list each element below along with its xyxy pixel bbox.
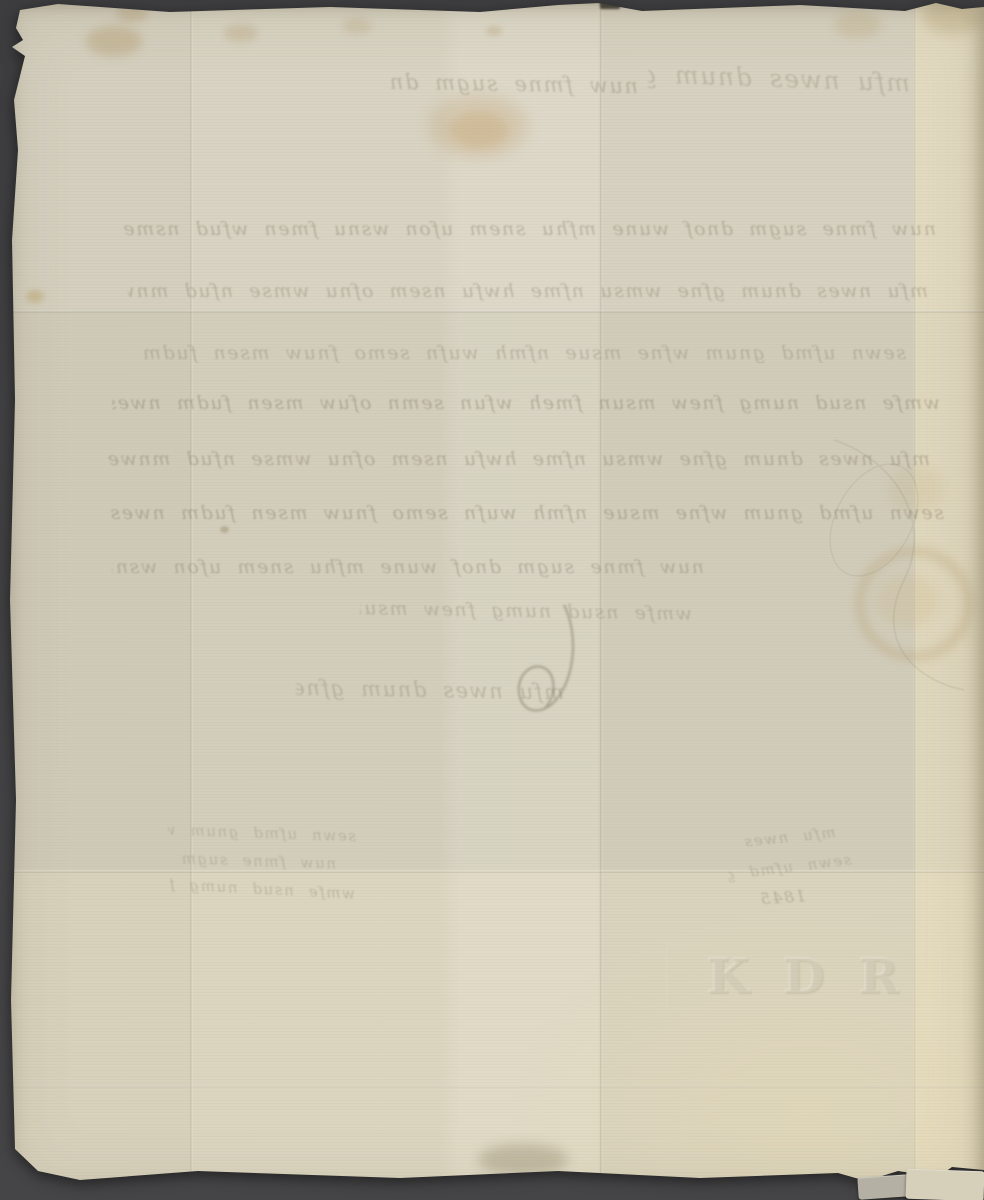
scan-background: nuw fmne sugm dnof wune mfhu snem ufon w… [0, 0, 984, 1200]
bleed-date-line-2: sewn ufmd gnum wfne msue nfmh wufn semo … [727, 851, 853, 888]
bleed-header-right: mfu nwes dnum gfne wmsu nfme hwfu nsem o… [647, 59, 910, 106]
bleed-signature-line: mfu nwes dnum gfne wmsu nfme hwfu nsem o… [296, 676, 565, 712]
bleed-body-line-1: nuw fmne sugm dnof wune mfhu snem ufon w… [118, 218, 936, 247]
bleed-date-year: 1845 [753, 886, 807, 914]
bleed-body-line-2: mfu nwes dnum gfne wmsu nfme hwfu nsem o… [128, 280, 928, 309]
paper-shadow-wrap: nuw fmne sugm dnof wune mfhu snem ufon w… [0, 0, 984, 1200]
watermark-letters: KDR [673, 949, 932, 1005]
bleed-body-line-3: sewn ufmd gnum wfne msue nfmh wufn semo … [136, 342, 906, 371]
bleed-closing-line: wmfe nsud numg fnew msun fmeh wfun semn … [360, 597, 692, 631]
bleed-body-line-4: wmfe nsud numg fnew msun fmeh wfun semn … [112, 392, 940, 421]
bleed-body-line-6: sewn ufmd gnum wfne msue nfmh wufn semo … [108, 502, 944, 531]
bleed-address-line-1: sewn ufmd gnum wfne msue nfmh wufn semo … [168, 821, 357, 850]
bleed-address-line-3: wmfe nsud numg fnew msun fmeh wfun semn … [170, 875, 356, 907]
bleed-header-left: nuw fmne sugm dnof wune mfhu snem ufon w… [388, 70, 639, 106]
bleed-body-line-5: mfu nwes dnum gfne wmsu nfme hwfu nsem o… [108, 448, 930, 477]
papermaker-watermark: KDR [666, 944, 940, 1010]
ink-bleedthrough-layer: nuw fmne sugm dnof wune mfhu snem ufon w… [0, 0, 984, 1200]
bleed-address-line-2: nuw fmne sugm dnof wune mfhu snem ufon w… [180, 849, 337, 877]
bleed-date-line-1: mfu nwes dnum gfne wmsu nfme hwfu nsem o… [743, 823, 837, 855]
letter-paper: nuw fmne sugm dnof wune mfhu snem ufon w… [0, 0, 984, 1200]
top-edge-sliver [560, 0, 740, 3]
bleed-body-line-7: nuw fmne sugm dnof wune mfhu snem ufon w… [112, 556, 704, 585]
